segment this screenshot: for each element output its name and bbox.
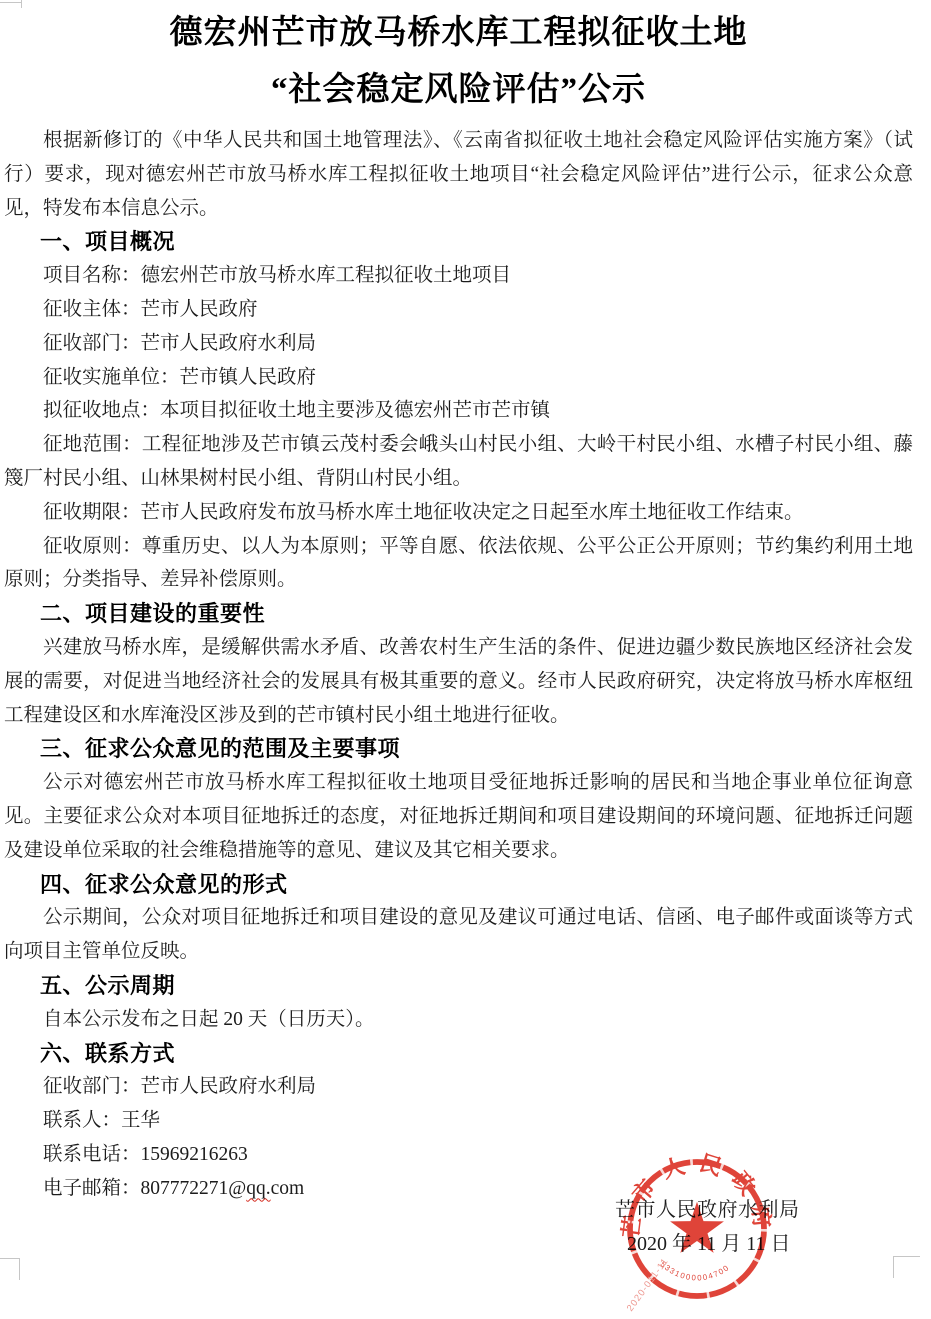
document-title-line1: 德宏州芒市放马桥水库工程拟征收土地 [4,13,913,53]
scope-paragraph: 征地范围：工程征地涉及芒市镇云茂村委会峨头山村民小组、大岭干村民小组、水槽子村民… [4,428,913,496]
principles-paragraph: 征收原则：尊重历史、以人为本原则；平等自愿、依法依规、公平公正公开原则；节约集约… [4,530,913,598]
importance-paragraph: 兴建放马桥水库，是缓解供需水矛盾、改善农村生产生活的条件、促进边疆少数民族地区经… [4,631,913,732]
corner-mark-bottom-left-tick [19,1258,20,1280]
corner-mark-bottom-left [0,1258,19,1259]
section-heading-5: 五、公示周期 [40,969,913,1003]
implementing-unit-line: 征收实施单位：芒市镇人民政府 [4,361,913,395]
corner-mark-top-left [0,2,21,3]
publicity-period-line: 自本公示发布之日起 20 天（日历天）。 [4,1003,913,1037]
location-line: 拟征收地点：本项目拟征收土地主要涉及德宏州芒市芒市镇 [4,394,913,428]
section-heading-6: 六、联系方式 [40,1037,913,1071]
time-limit-paragraph: 征收期限：芒市人民政府发布放马桥水库土地征收决定之日起至水库土地征收工作结束。 [4,496,913,530]
email-prefix: 电子邮箱：807772271@ [43,1178,246,1199]
document-body: 德宏州芒市放马桥水库工程拟征收土地 “社会稳定风险评估”公示 根据新修订的《中华… [0,13,931,1206]
section-heading-2: 二、项目建设的重要性 [40,597,913,631]
opinion-scope-paragraph: 公示对德宏州芒市放马桥水库工程拟征收土地项目受征地拆迁影响的居民和当地企事业单位… [4,766,913,867]
expropriation-subject-line: 征收主体：芒市人民政府 [4,293,913,327]
svg-text:5331000004700: 5331000004700 [659,1259,732,1282]
corner-mark-bottom-right-tick [893,1256,894,1278]
section-heading-1: 一、项目概况 [40,225,913,259]
expropriation-department-line: 征收部门：芒市人民政府水利局 [4,327,913,361]
section-heading-4: 四、征求公众意见的形式 [40,868,913,902]
seal-code: 5331000004700 [659,1259,732,1282]
seal-star-icon [670,1202,724,1253]
document-title-line2: “社会稳定风险评估”公示 [4,70,913,110]
email-suffix: com [271,1178,305,1199]
notice-document: 德宏州芒市放马桥水库工程拟征收土地 “社会稳定风险评估”公示 根据新修订的《中华… [0,0,931,1319]
corner-mark-top-left-tick [21,0,22,8]
official-seal: 芒市人民政府水利局 5331000004700 2020-011-11 [608,1140,786,1318]
section-heading-3: 三、征求公众意见的范围及主要事项 [40,732,913,766]
email-spellcheck-squiggle: qq. [246,1178,270,1199]
corner-mark-bottom-right [893,1256,920,1257]
intro-paragraph: 根据新修订的《中华人民共和国土地管理法》、《云南省拟征收土地社会稳定风险评估实施… [4,124,913,225]
contact-department-line: 征收部门：芒市人民政府水利局 [4,1070,913,1104]
contact-person-line: 联系人：王华 [4,1104,913,1138]
opinion-form-paragraph: 公示期间，公众对项目征地拆迁和项目建设的意见及建议可通过电话、信函、电子邮件或面… [4,901,913,969]
project-name-line: 项目名称：德宏州芒市放马桥水库工程拟征收土地项目 [4,259,913,293]
